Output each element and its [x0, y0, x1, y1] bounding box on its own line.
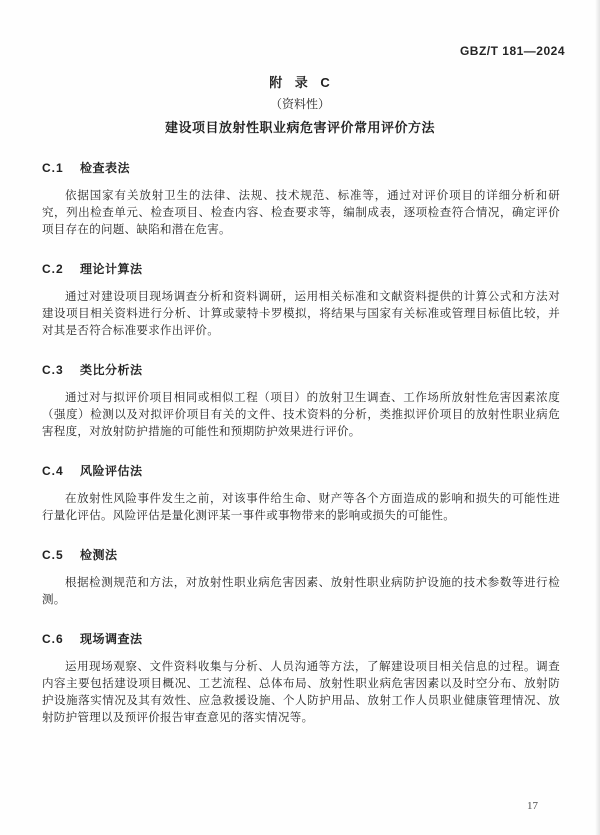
section-number: C.4 [42, 464, 64, 478]
standard-number: GBZ/T 181—2024 [460, 44, 565, 58]
section-title: 检测法 [80, 546, 118, 563]
appendix-label: 附 录 C [0, 72, 600, 91]
section-number: C.2 [42, 262, 64, 276]
document-body: C.1 检查表法 依据国家有关放射卫生的法律、法规、技术规范、标准等，通过对评价… [42, 159, 560, 727]
section-paragraph-c3: 通过对与拟评价项目相同或相似工程（项目）的放射卫生调查、工作场所放射性危害因素浓… [42, 390, 560, 441]
section-number: C.6 [42, 632, 64, 646]
section-paragraph-c6: 运用现场观察、文件资料收集与分析、人员沟通等方法，了解建设项目相关信息的过程。调… [42, 659, 560, 727]
section-heading-c4: C.4 风险评估法 [42, 462, 560, 479]
section-heading-c3: C.3 类比分析法 [42, 361, 560, 378]
section-title: 检查表法 [80, 159, 130, 176]
section-paragraph-c5: 根据检测规范和方法，对放射性职业病危害因素、放射性职业病防护设施的技术参数等进行… [42, 575, 560, 609]
section-heading-c6: C.6 现场调查法 [42, 630, 560, 647]
section-heading-c2: C.2 理论计算法 [42, 260, 560, 277]
section-paragraph-c2: 通过对建设项目现场调查分析和资料调研，运用相关标准和文献资料提供的计算公式和方法… [42, 289, 560, 340]
appendix-title: 建设项目放射性职业病危害评价常用评价方法 [0, 117, 600, 136]
section-number: C.3 [42, 363, 64, 377]
section-heading-c1: C.1 检查表法 [42, 159, 560, 176]
section-title: 理论计算法 [80, 260, 143, 277]
section-number: C.5 [42, 548, 64, 562]
section-title: 风险评估法 [80, 462, 143, 479]
appendix-normative-type: （资料性） [0, 95, 600, 112]
section-title: 类比分析法 [80, 361, 143, 378]
section-paragraph-c1: 依据国家有关放射卫生的法律、法规、技术规范、标准等，通过对评价项目的详细分析和研… [42, 188, 560, 239]
page-number: 17 [527, 800, 538, 812]
section-paragraph-c4: 在放射性风险事件发生之前，对该事件给生命、财产等各个方面造成的影响和损失的可能性… [42, 491, 560, 525]
document-page: GBZ/T 181—2024 附 录 C （资料性） 建设项目放射性职业病危害评… [0, 0, 600, 835]
section-number: C.1 [42, 161, 64, 175]
section-heading-c5: C.5 检测法 [42, 546, 560, 563]
section-title: 现场调查法 [80, 630, 143, 647]
title-block: 附 录 C （资料性） 建设项目放射性职业病危害评价常用评价方法 [0, 0, 600, 136]
